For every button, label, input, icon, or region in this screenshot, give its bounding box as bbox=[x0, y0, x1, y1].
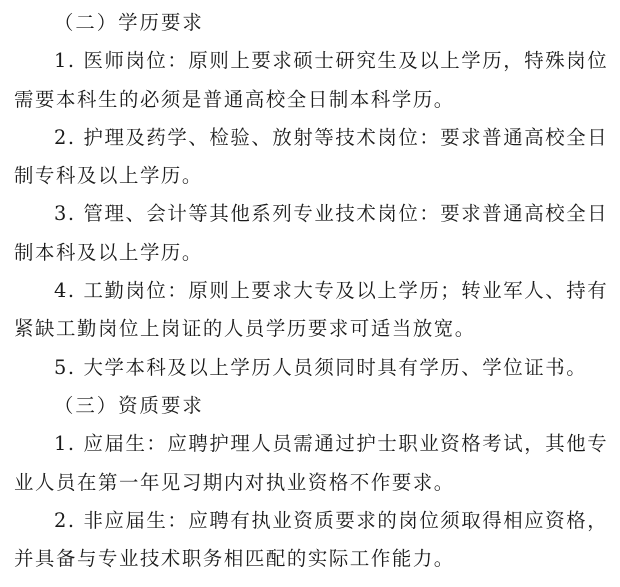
section-education-requirements: （二）学历要求 1. 医师岗位：原则上要求硕士研究生及以上学历，特殊岗位 需要本… bbox=[14, 4, 606, 387]
paragraph-line: 4. 工勤岗位：原则上要求大专及以上学历；转业军人、持有 bbox=[14, 272, 606, 310]
paragraph-line: 2. 非应届生：应聘有执业资质要求的岗位须取得相应资格， bbox=[14, 502, 606, 540]
paragraph-item: 2. 护理及药学、检验、放射等技术岗位：要求普通高校全日 制专科及以上学历。 bbox=[14, 119, 606, 196]
paragraph-line: 并具备与专业技术职务相匹配的实际工作能力。 bbox=[14, 540, 606, 578]
paragraph-line: 2. 护理及药学、检验、放射等技术岗位：要求普通高校全日 bbox=[14, 119, 606, 157]
document-page: （二）学历要求 1. 医师岗位：原则上要求硕士研究生及以上学历，特殊岗位 需要本… bbox=[14, 4, 606, 578]
paragraph-line: 1. 医师岗位：原则上要求硕士研究生及以上学历，特殊岗位 bbox=[14, 42, 606, 80]
paragraph-line: 1. 应届生：应聘护理人员需通过护士职业资格考试，其他专 bbox=[14, 425, 606, 463]
paragraph-line: 制专科及以上学历。 bbox=[14, 157, 606, 195]
paragraph-line: 3. 管理、会计等其他系列专业技术岗位：要求普通高校全日 bbox=[14, 195, 606, 233]
paragraph-item: 2. 非应届生：应聘有执业资质要求的岗位须取得相应资格， 并具备与专业技术职务相… bbox=[14, 502, 606, 579]
paragraph-line: 需要本科生的必须是普通高校全日制本科学历。 bbox=[14, 81, 606, 119]
paragraph-item: 4. 工勤岗位：原则上要求大专及以上学历；转业军人、持有 紧缺工勤岗位上岗证的人… bbox=[14, 272, 606, 349]
paragraph-item: 1. 医师岗位：原则上要求硕士研究生及以上学历，特殊岗位 需要本科生的必须是普通… bbox=[14, 42, 606, 119]
paragraph-item: 3. 管理、会计等其他系列专业技术岗位：要求普通高校全日 制本科及以上学历。 bbox=[14, 195, 606, 272]
paragraph-line: 紧缺工勤岗位上岗证的人员学历要求可适当放宽。 bbox=[14, 310, 606, 348]
section-heading: （二）学历要求 bbox=[14, 4, 606, 42]
paragraph-item: 5. 大学本科及以上学历人员须同时具有学历、学位证书。 bbox=[14, 349, 606, 387]
section-heading: （三）资质要求 bbox=[14, 387, 606, 425]
paragraph-line: 5. 大学本科及以上学历人员须同时具有学历、学位证书。 bbox=[14, 349, 606, 387]
paragraph-line: 业人员在第一年见习期内对执业资格不作要求。 bbox=[14, 464, 606, 502]
section-qualification-requirements: （三）资质要求 1. 应届生：应聘护理人员需通过护士职业资格考试，其他专 业人员… bbox=[14, 387, 606, 578]
paragraph-line: 制本科及以上学历。 bbox=[14, 234, 606, 272]
paragraph-item: 1. 应届生：应聘护理人员需通过护士职业资格考试，其他专 业人员在第一年见习期内… bbox=[14, 425, 606, 502]
